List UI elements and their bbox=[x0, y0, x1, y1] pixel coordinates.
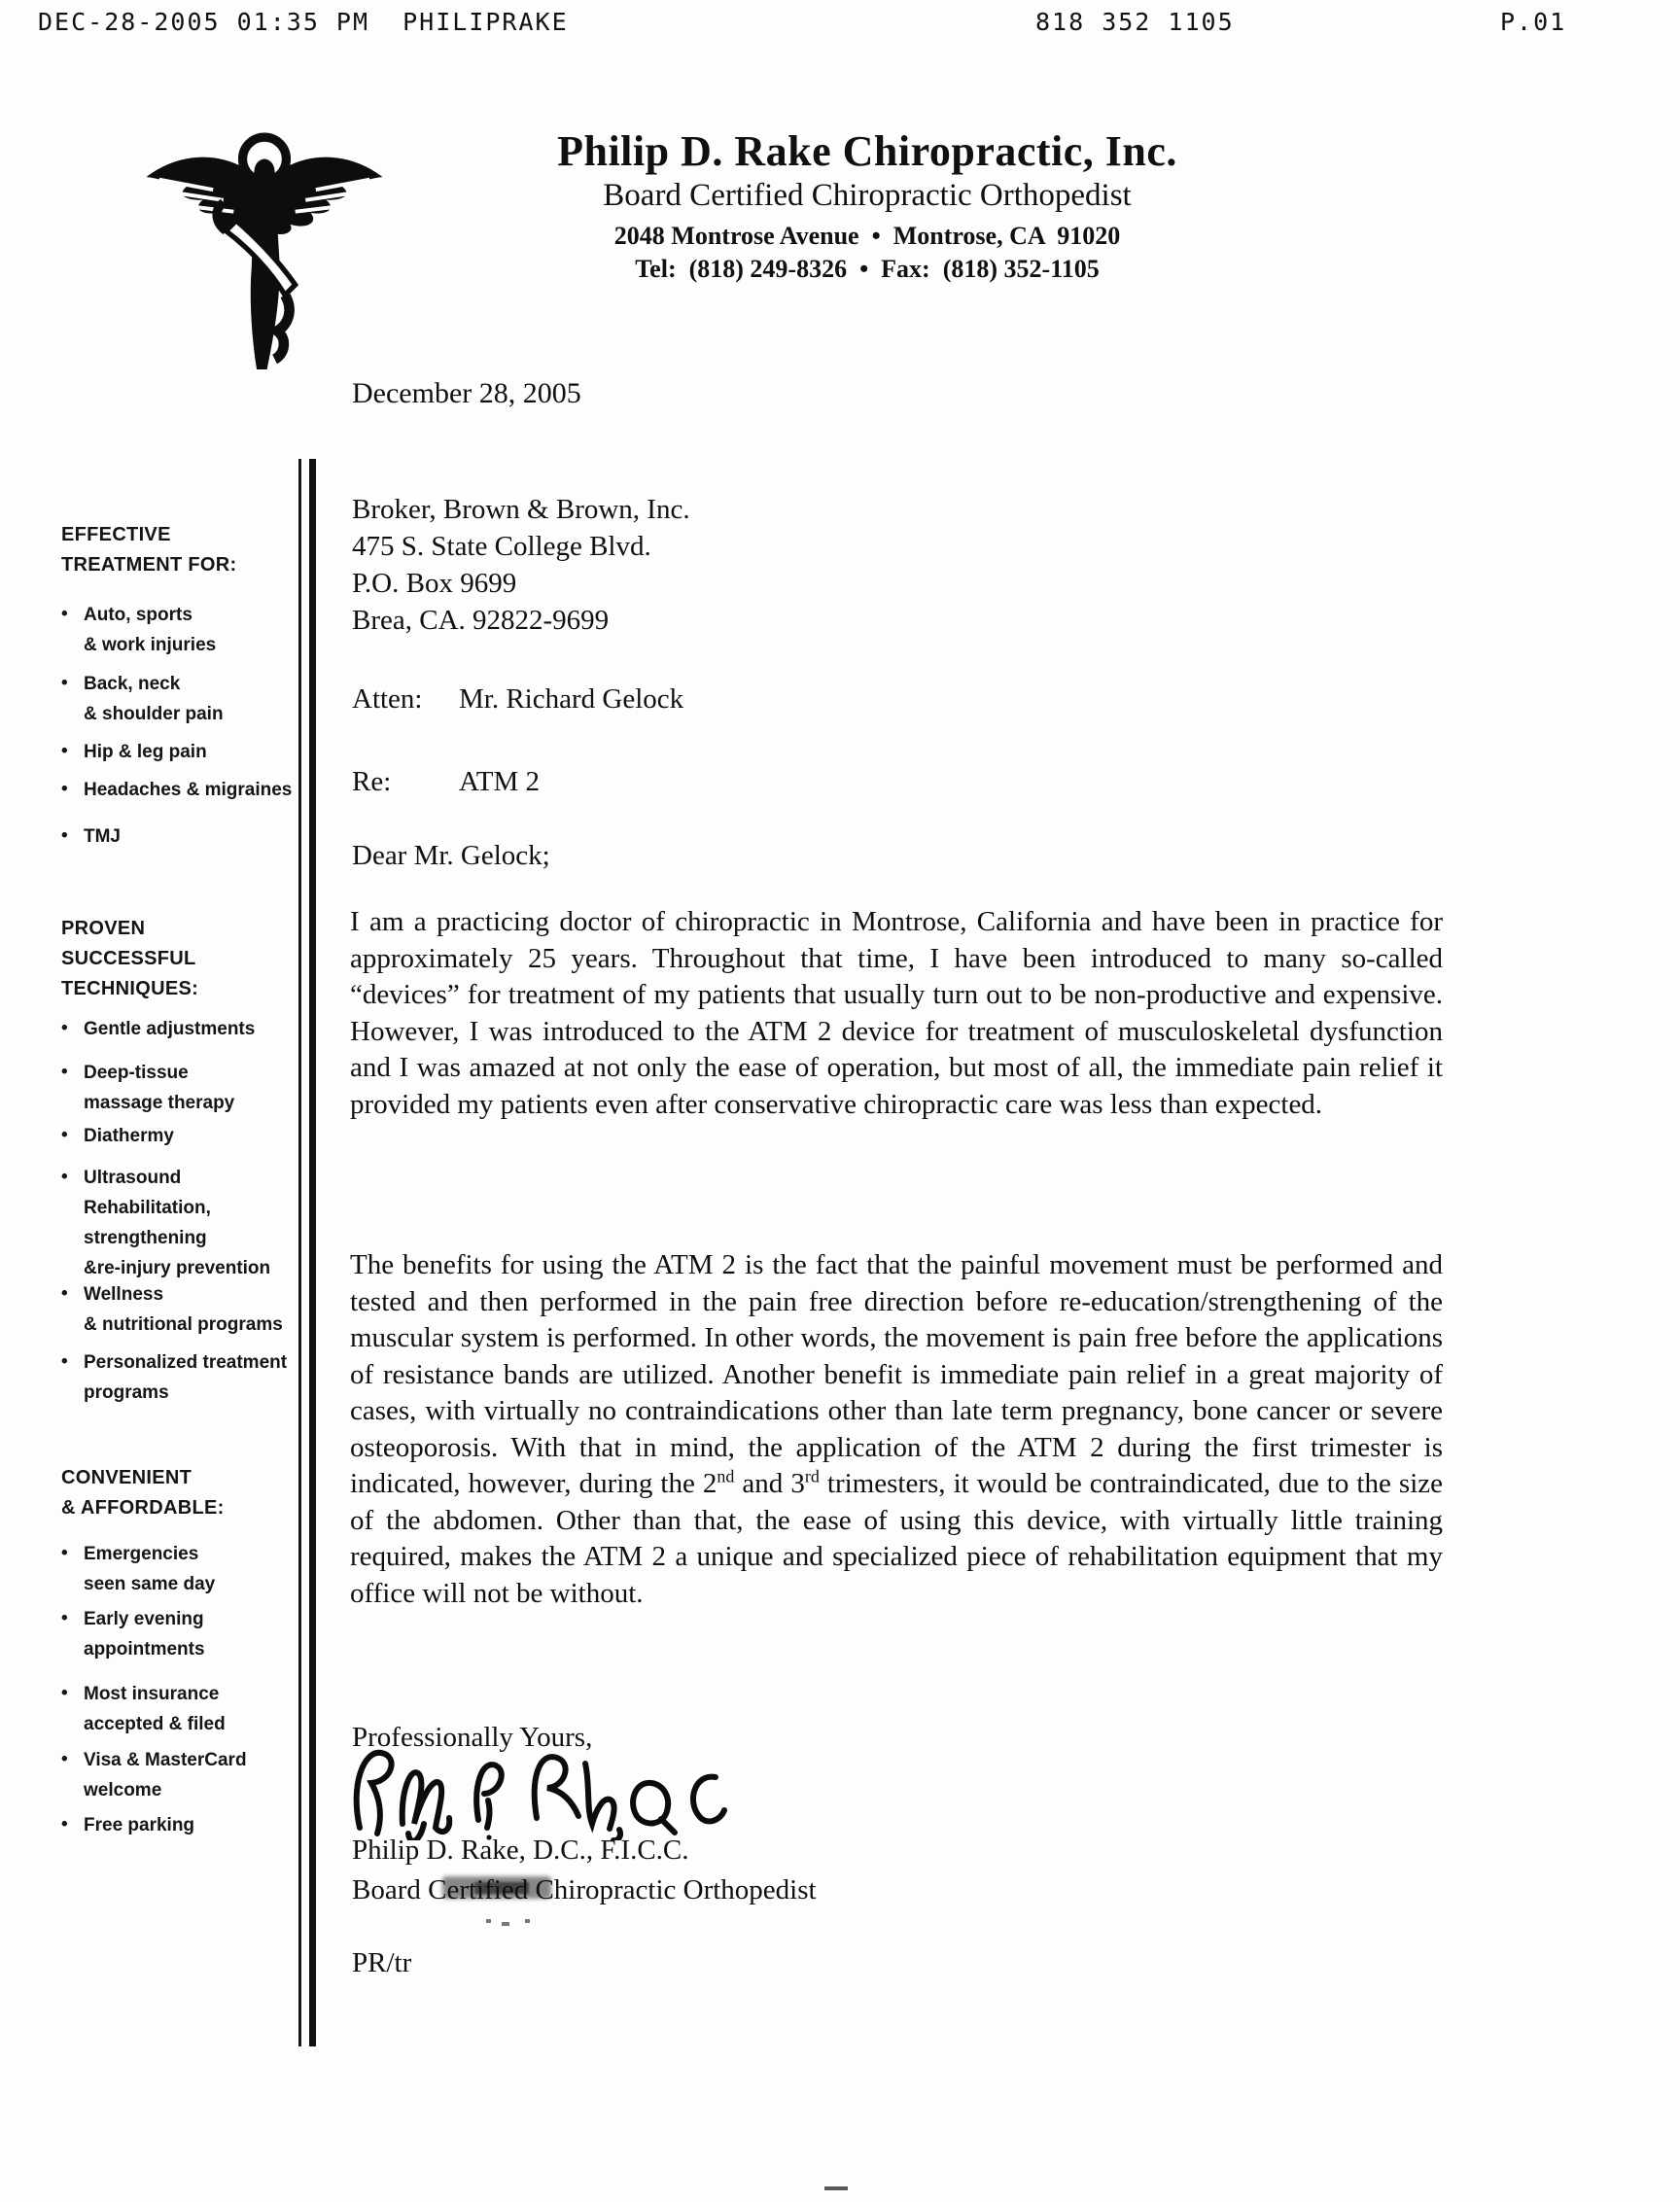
bullet-icon: • bbox=[61, 1678, 68, 1708]
bullet-icon: • bbox=[61, 1346, 68, 1377]
sidebar-item: •TMJ bbox=[61, 821, 306, 852]
bullet-icon: • bbox=[61, 774, 68, 804]
bullet-icon: • bbox=[61, 1538, 68, 1568]
bullet-icon: • bbox=[61, 1120, 68, 1150]
sidebar-item: •Diathermy bbox=[61, 1121, 306, 1151]
sidebar-item: •Wellness & nutritional programs bbox=[61, 1279, 306, 1340]
bullet-icon: • bbox=[61, 599, 68, 629]
signer-name: Philip D. Rake, D.C., F.I.C.C. bbox=[352, 1832, 689, 1869]
company-address: 2048 Montrose Avenue • Montrose, CA 9102… bbox=[506, 222, 1229, 251]
paragraph-1: I am a practicing doctor of chiropractic… bbox=[350, 904, 1443, 1123]
bullet-icon: • bbox=[61, 1162, 68, 1192]
re-value: ATM 2 bbox=[459, 766, 540, 797]
attention-line: Atten:Mr. Richard Gelock bbox=[352, 681, 683, 717]
sidebar-section-title: PROVEN SUCCESSFUL TECHNIQUES: bbox=[61, 914, 306, 1004]
fax-page: DEC-28-2005 01:35 PM PHILIPRAKE 818 352 … bbox=[0, 0, 1680, 2202]
sidebar-item: •Back, neck & shoulder pain bbox=[61, 669, 306, 729]
sidebar-item: •Deep-tissue massage therapy bbox=[61, 1058, 306, 1118]
sidebar-section-title: EFFECTIVE TREATMENT FOR: bbox=[61, 520, 306, 580]
typist-initials: PR/tr bbox=[352, 1944, 411, 1981]
sidebar-item: •Ultrasound Rehabilitation, strengthenin… bbox=[61, 1163, 306, 1283]
vertical-rule-thick bbox=[309, 459, 316, 2046]
recipient-line: Broker, Brown & Brown, Inc. bbox=[352, 491, 690, 528]
sidebar-item: •Hip & leg pain bbox=[61, 737, 306, 767]
signer-title: Board Certified Chiropractic Orthopedist bbox=[352, 1871, 817, 1908]
ink-speck bbox=[502, 1922, 509, 1926]
sidebar-item: •Most insurance accepted & filed bbox=[61, 1679, 306, 1739]
ink-speck bbox=[525, 1919, 530, 1923]
fax-header-datetime-sender: DEC-28-2005 01:35 PM PHILIPRAKE bbox=[38, 8, 569, 36]
superscript-ordinal: nd bbox=[717, 1466, 734, 1485]
re-line: Re:ATM 2 bbox=[352, 763, 540, 800]
sidebar-item: •Free parking bbox=[61, 1810, 306, 1840]
bullet-icon: • bbox=[61, 1057, 68, 1087]
re-label: Re: bbox=[352, 763, 459, 800]
salutation: Dear Mr. Gelock; bbox=[352, 837, 550, 874]
company-name: Philip D. Rake Chiropractic, Inc. bbox=[506, 126, 1229, 176]
sidebar-item: •Headaches & migraines bbox=[61, 775, 306, 805]
recipient-line: Brea, CA. 92822-9699 bbox=[352, 602, 609, 639]
superscript-ordinal: rd bbox=[805, 1466, 820, 1485]
sidebar-item: •Early evening appointments bbox=[61, 1604, 306, 1664]
sidebar-item: •Visa & MasterCard welcome bbox=[61, 1745, 306, 1805]
bullet-icon: • bbox=[61, 736, 68, 766]
bullet-icon: • bbox=[61, 821, 68, 851]
fax-header-page: P.01 bbox=[1500, 8, 1566, 36]
ink-speck bbox=[486, 1919, 491, 1923]
ink-smudge bbox=[474, 1882, 529, 1894]
attention-label: Atten: bbox=[352, 681, 459, 717]
winged-caduceus-logo-icon bbox=[136, 113, 393, 377]
fax-header-number: 818 352 1105 bbox=[1035, 8, 1235, 36]
sidebar-item: •Gentle adjustments bbox=[61, 1014, 306, 1044]
sidebar-item: •Auto, sports & work injuries bbox=[61, 600, 306, 660]
bullet-icon: • bbox=[61, 1809, 68, 1839]
company-credential: Board Certified Chiropractic Orthopedist bbox=[506, 178, 1229, 214]
bullet-icon: • bbox=[61, 1013, 68, 1043]
paragraph-2: The benefits for using the ATM 2 is the … bbox=[350, 1247, 1443, 1612]
letter-date: December 28, 2005 bbox=[352, 377, 581, 410]
sidebar-item: •Personalized treatment programs bbox=[61, 1347, 306, 1408]
bullet-icon: • bbox=[61, 1603, 68, 1633]
scan-artifact-mark bbox=[824, 2186, 848, 2190]
signature bbox=[342, 1738, 731, 1840]
sidebar-section-title: CONVENIENT & AFFORDABLE: bbox=[61, 1463, 306, 1523]
attention-value: Mr. Richard Gelock bbox=[459, 683, 683, 715]
recipient-line: 475 S. State College Blvd. bbox=[352, 528, 651, 565]
recipient-line: P.O. Box 9699 bbox=[352, 565, 516, 602]
bullet-icon: • bbox=[61, 668, 68, 698]
letterhead: Philip D. Rake Chiropractic, Inc. Board … bbox=[506, 126, 1229, 284]
bullet-icon: • bbox=[61, 1278, 68, 1309]
sidebar-item: •Emergencies seen same day bbox=[61, 1539, 306, 1599]
bullet-icon: • bbox=[61, 1744, 68, 1774]
company-contact: Tel: (818) 249-8326 • Fax: (818) 352-110… bbox=[506, 255, 1229, 284]
